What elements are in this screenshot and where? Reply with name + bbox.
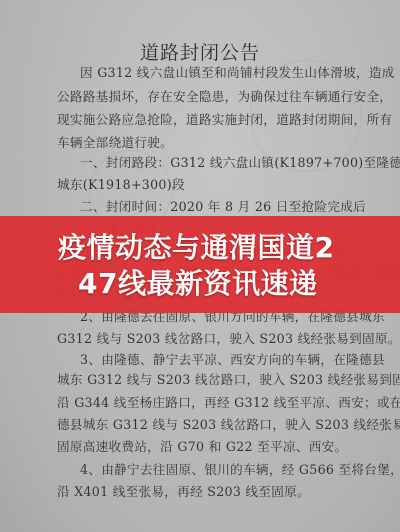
detour-line: 沿 G344 线至杨庄路口，再经 G312 线至平凉、西安；或在隆 [57,395,357,411]
headline-line-2: 47线最新资讯速递 [78,266,317,302]
notice-line: 车辆全部绕道行驶。 [57,135,357,151]
detour-line: 沿 X401 线至张易，再经 S203 线至固原。 [57,484,357,500]
notice-line: 现实施公路应急抢险，道路实施封闭，道路封闭期间，所有 [57,112,357,128]
headline: 疫情动态与通渭国道2 47线最新资讯速递 [0,216,400,313]
closed-section-line: 城东(K1918+300)段 [57,177,357,193]
notice-line: 因 G312 线六盘山镇至和尚铺村段发生山体滑坡，造成 [80,65,380,81]
detour-line: 城东 G312 线与 S203 线岔路口，驶入 S203 线经张易到固原， [57,372,357,388]
detour-line: G312 线与 S203 线岔路口，驶入 S203 线经张易到固原。 [57,331,357,347]
detour-line: 4、由静宁去往固原、银川的车辆，经 G566 至将台堡， [80,462,380,478]
notice-title: 道路封闭公告 [0,38,400,65]
detour-line: 3、由隆德、静宁去平凉、西安方向的车辆，在隆德县 [80,352,380,368]
detour-line: 固原高速收费站，沿 G70 和 G22 至平凉、西安。 [57,439,357,455]
closed-section-line: 一、封闭路段：G312 线六盘山镇(K1897+700)至隆德县 [80,155,380,171]
headline-line-1: 疫情动态与通渭国道2 [58,230,334,266]
detour-line: 德县城东 G312 线与 S203 线岔路口，驶入 S203 线经张易到 [57,417,357,433]
closure-time-line: 二、封闭时间：2020 年 8 月 26 日至抢险完成后 [80,199,380,215]
notice-line: 公路路基损坏，存在安全隐患，为确保过往车辆通行安全， [57,89,357,105]
